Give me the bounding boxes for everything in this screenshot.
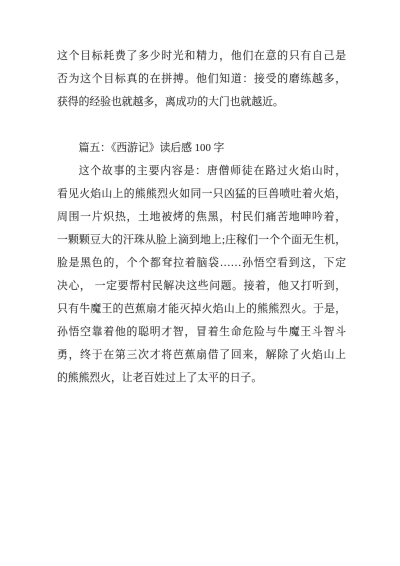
text-line: 周围一片炽热，土地被烤的焦黑，村民们痛苦地呻吟着， xyxy=(57,206,346,229)
paragraph-continuation: 这个目标耗费了多少时光和精力，他们在意的只有自己是 否为这个目标真的在拼搏。他们… xyxy=(57,45,346,114)
text-line: 的熊熊烈火，让老百姓过上了太平的日子。 xyxy=(57,367,346,390)
text-line: 这个故事的主要内容是：唐僧师徒在路过火焰山时， xyxy=(57,160,346,183)
text-line: 孙悟空靠着他的聪明才智，冒着生命危险与牛魔王斗智斗 xyxy=(57,321,346,344)
text-line: 否为这个目标真的在拼搏。他们知道：接受的磨练越多， xyxy=(57,68,346,91)
text-line: 这个目标耗费了多少时光和精力，他们在意的只有自己是 xyxy=(57,45,346,68)
text-line: 脸是黑色的，个个都耷拉着脑袋……孙悟空看到这，下定 xyxy=(57,252,346,275)
section-heading: 篇五：《西游记》读后感 100 字 xyxy=(57,137,346,160)
text-line: 勇，终于在第三次才将芭蕉扇借了回来，解除了火焰山上 xyxy=(57,344,346,367)
blank-line xyxy=(57,114,346,137)
text-line: 一颗颗豆大的汗珠从脸上滴到地上;庄稼们一个个面无生机， xyxy=(57,229,346,252)
text-line: 看见火焰山上的熊熊烈火如同一只凶猛的巨兽喷吐着火焰， xyxy=(57,183,346,206)
text-line: 只有牛魔王的芭蕉扇才能灭掉火焰山上的熊熊烈火。于是， xyxy=(57,298,346,321)
document-content: 这个目标耗费了多少时光和精力，他们在意的只有自己是 否为这个目标真的在拼搏。他们… xyxy=(57,45,346,390)
paragraph-body: 这个故事的主要内容是：唐僧师徒在路过火焰山时， 看见火焰山上的熊熊烈火如同一只凶… xyxy=(57,160,346,390)
text-line: 获得的经验也就越多，离成功的大门也就越近。 xyxy=(57,91,346,114)
document-page: 这个目标耗费了多少时光和精力，他们在意的只有自己是 否为这个目标真的在拼搏。他们… xyxy=(0,0,400,566)
text-line: 决心， 一定要帮村民解决这些问题。接着，他又打听到， xyxy=(57,275,346,298)
